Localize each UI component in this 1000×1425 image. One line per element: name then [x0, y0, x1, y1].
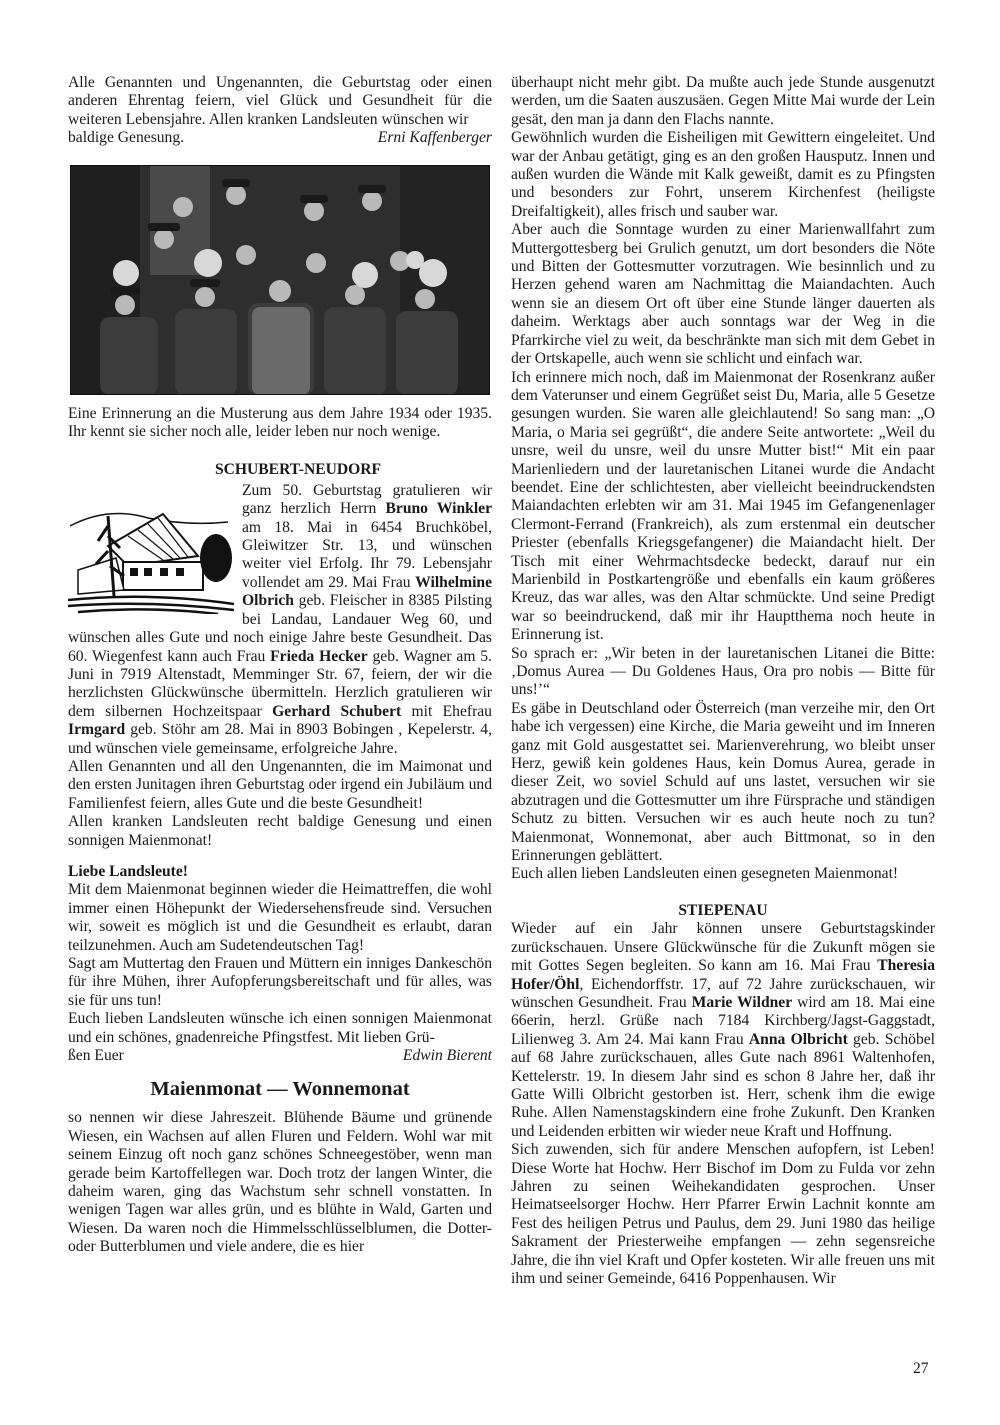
article-cont-paragraph-4: Ich erinnere mich noch, daß im Maienmona…: [511, 369, 935, 645]
stiepenau-birthdays: Wieder auf ein Jahr können unsere Geburt…: [511, 920, 935, 1141]
name-marie-wildner: Marie Wildner: [692, 994, 793, 1011]
article-cont-paragraph-7: Euch allen lieben Landsleuten einen gese…: [511, 865, 935, 883]
group-photo-image: [70, 165, 490, 395]
intro-last-line: baldige Genesung.: [68, 129, 184, 147]
stiepenau-paragraph-2: Sich zuwenden, sich für andere Menschen …: [511, 1141, 935, 1288]
landsleute-paragraph-2: Sagt am Muttertag den Frauen und Müttern…: [68, 955, 492, 1010]
heading-liebe-landsleute: Liebe Landsleute!: [68, 863, 492, 881]
landsleute-last-line: ßen Euer: [68, 1047, 124, 1065]
farmhouse-sketch-icon: [68, 496, 234, 614]
intro-signature-line: baldige Genesung. Erni Kaffenberger: [68, 129, 492, 147]
name-irmgard: Irmgard: [68, 721, 125, 738]
name-bruno-winkler: Bruno Winkler: [386, 500, 493, 517]
schubert-neudorf-section: Zum 50. Geburtstag gratulieren wir ganz …: [68, 482, 492, 850]
article-cont-paragraph-1: überhaupt nicht mehr gibt. Da mußte auch…: [511, 74, 935, 129]
right-column: überhaupt nicht mehr gibt. Da mußte auch…: [511, 74, 935, 1288]
signature-edwin-bierent: Edwin Bierent: [403, 1047, 492, 1065]
signature-erni-kaffenberger: Erni Kaffenberger: [378, 129, 492, 147]
group-photo: [70, 165, 490, 395]
name-anna-olbricht: Anna Olbricht: [749, 1031, 848, 1048]
text-run: geb. Stöhr am 28. Mai in 8903 Bobingen ,…: [68, 721, 492, 756]
landsleute-paragraph-3: Euch lieben Landsleuten wünsche ich eine…: [68, 1010, 492, 1047]
article-cont-paragraph-6: Es gäbe in Deutschland oder Österreich (…: [511, 700, 935, 866]
article-cont-paragraph-5: So sprach er: „Wir beten in der lauretan…: [511, 645, 935, 700]
landsleute-signature-line: ßen Euer Edwin Bierent: [68, 1047, 492, 1065]
name-frieda-hecker: Frieda Hecker: [270, 648, 368, 665]
text-run: mit Ehefrau: [401, 703, 492, 720]
intro-paragraph: Alle Genannten und Ungenannten, die Gebu…: [68, 74, 492, 129]
article-cont-paragraph-2: Gewöhnlich wurden die Eisheiligen mit Ge…: [511, 129, 935, 221]
landsleute-paragraph-1: Mit dem Maienmonat beginnen wieder die H…: [68, 881, 492, 955]
newsletter-page: Alle Genannten und Ungenannten, die Gebu…: [0, 0, 1000, 1425]
photo-caption: Eine Erinnerung an die Musterung aus dem…: [68, 405, 492, 442]
article-cont-paragraph-3: Aber auch die Sonntage wurden zu einer M…: [511, 221, 935, 368]
schubert-neudorf-wishes: Allen Genannten und all den Ungenannten,…: [68, 758, 492, 813]
schubert-neudorf-get-well: Allen kranken Landsleuten recht baldige …: [68, 813, 492, 850]
text-run: Wieder auf ein Jahr können unsere Geburt…: [511, 920, 935, 974]
page-number: 27: [913, 1360, 929, 1378]
farmhouse-illustration: [68, 496, 234, 614]
article-paragraph-1: so nennen wir diese Jahreszeit. Blühende…: [68, 1109, 492, 1256]
left-column: Alle Genannten und Ungenannten, die Gebu…: [68, 74, 492, 1257]
heading-schubert-neudorf: SCHUBERT-NEUDORF: [68, 461, 492, 479]
article-title: Maienmonat — Wonnemonat: [68, 1077, 492, 1101]
name-gerhard-schubert: Gerhard Schubert: [272, 703, 401, 720]
heading-stiepenau: STIEPENAU: [511, 902, 935, 920]
